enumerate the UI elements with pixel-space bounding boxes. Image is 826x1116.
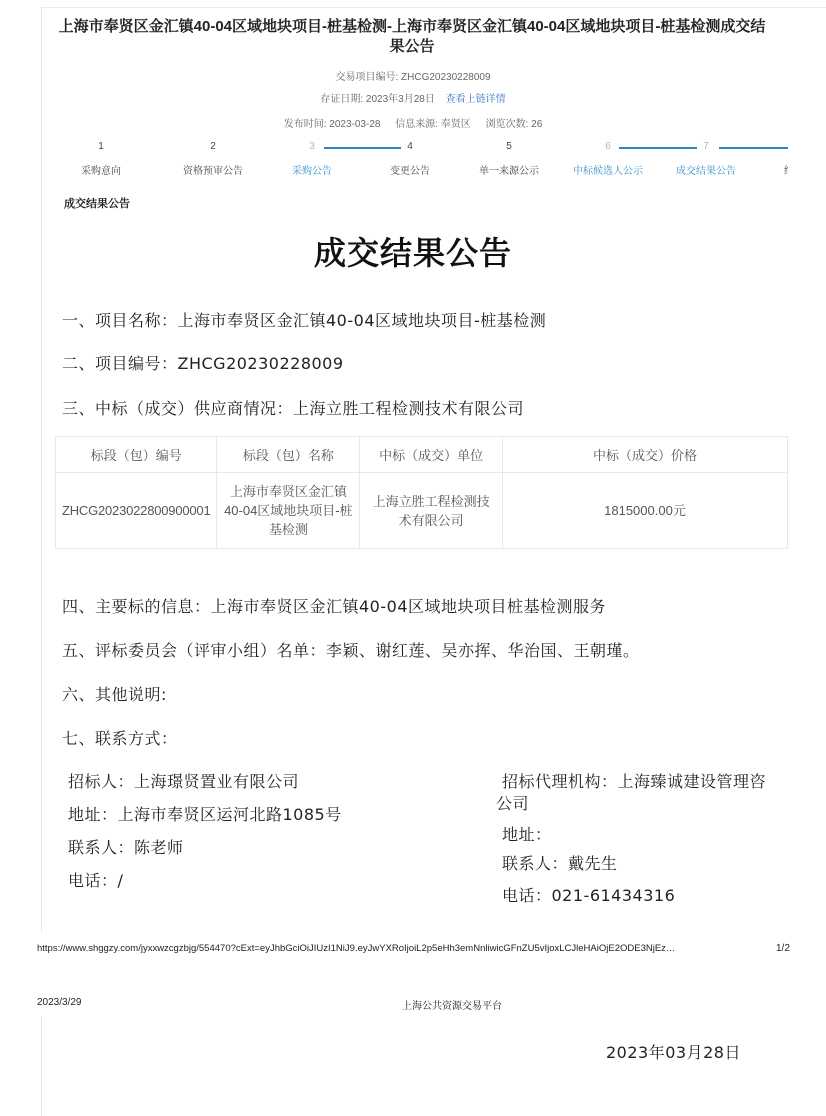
tenderer-phone: 电话：/ [68, 868, 342, 901]
print-site-name: 上海公共资源交易平台 [402, 997, 502, 1012]
agency-contact-person: 联系人：戴先生 [502, 851, 766, 883]
pdf-page: 上海市奉贤区金汇镇40-04区域地块项目-桩基检测-上海市奉贤区金汇镇40-04… [0, 0, 826, 1116]
print-url: https://www.shggzy.com/jyxxwzcgzbjg/5544… [37, 943, 675, 954]
table-header-row: 标段（包）编号 标段（包）名称 中标（成交）单位 中标（成交）价格 [56, 437, 788, 473]
item-contact-heading: 七、联系方式： [62, 726, 178, 749]
item-committee: 五、评标委员会（评审小组）名单：李颖、谢红莲、吴亦挥、华治国、王朝瑾。 [62, 638, 640, 661]
tenderer-contact-person: 联系人：陈老师 [68, 835, 342, 868]
cell-lot-name: 上海市奉贤区金汇镇40-04区域地块项目-桩基检测 [217, 473, 360, 549]
cell-price: 1815000.00元 [502, 473, 787, 549]
agency-address: 地址： [502, 822, 766, 851]
cell-winner: 上海立胜工程检测技术有限公司 [360, 473, 503, 549]
agency-name-line2: 公司 [496, 791, 766, 822]
sign-date: 2023年03月28日 [606, 1040, 741, 1063]
agency-name-line1: 招标代理机构：上海臻诚建设管理咨 [502, 769, 766, 791]
tenderer-address: 地址：上海市奉贤区运河北路1085号 [68, 802, 342, 835]
print-page-number: 1/2 [776, 943, 790, 954]
item-other-notes: 六、其他说明: [62, 682, 167, 705]
agency-clip: 招标代理机构：上海臻诚建设管理咨 公司 地址： 联系人：戴先生 电话：021-6… [480, 760, 788, 930]
table-row: ZHCG2023022800900001 上海市奉贤区金汇镇40-04区域地块项… [56, 473, 788, 549]
result-table: 标段（包）编号 标段（包）名称 中标（成交）单位 中标（成交）价格 ZHCG20… [55, 436, 788, 549]
cell-lot-code: ZHCG2023022800900001 [56, 473, 217, 549]
item-subject-info: 四、主要标的信息：上海市奉贤区金汇镇40-04区域地块项目桩基检测服务 [62, 594, 606, 617]
col-header: 中标（成交）单位 [360, 437, 503, 473]
tenderer-contact: 招标人：上海璟贤置业有限公司 地址：上海市奉贤区运河北路1085号 联系人：陈老… [68, 769, 342, 901]
agency-contact: 招标代理机构：上海臻诚建设管理咨 公司 地址： 联系人：戴先生 电话：021-6… [502, 769, 766, 915]
print-date: 2023/3/29 [37, 997, 82, 1008]
col-header: 标段（包）编号 [56, 437, 217, 473]
tenderer-name: 招标人：上海璟贤置业有限公司 [68, 769, 342, 802]
content-frame-page2 [41, 1016, 826, 1116]
agency-phone: 电话：021-61434316 [502, 883, 766, 915]
col-header: 中标（成交）价格 [502, 437, 787, 473]
col-header: 标段（包）名称 [217, 437, 360, 473]
